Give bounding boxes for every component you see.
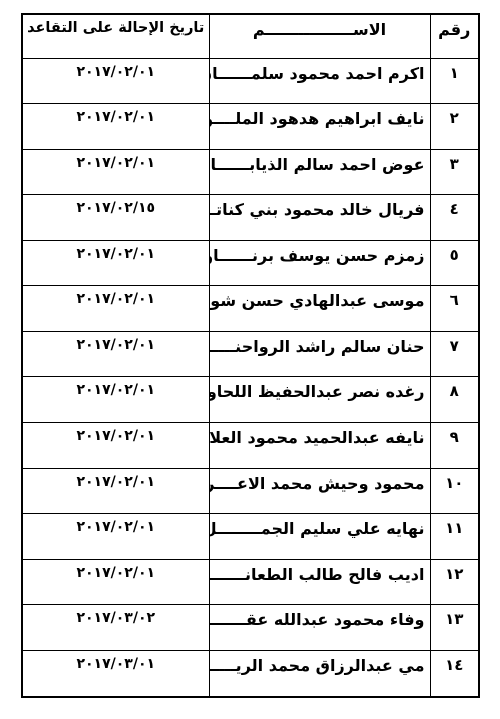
table-header: رقم الاســــــــــــــــم تاريخ الإحالة … bbox=[22, 14, 479, 58]
table-row: ٤ فريال خالد محمود بني كناتــــــه ٢٠١٧/… bbox=[22, 195, 479, 241]
row-number-cell: ٤ bbox=[430, 195, 479, 241]
row-number-cell: ١ bbox=[430, 58, 479, 104]
name-cell: موسى عبدالهادي حسن شومـان bbox=[209, 286, 430, 332]
table-row: ٣ عوض احمد سالم الذيابــــــات ٢٠١٧/٠٢/٠… bbox=[22, 149, 479, 195]
table-body: ١ اكرم احمد محمود سلمــــــان ٢٠١٧/٠٢/٠١… bbox=[22, 58, 479, 697]
document-page: رقم الاســــــــــــــــم تاريخ الإحالة … bbox=[0, 0, 500, 719]
table-row: ٢ نايف ابراهيم هدهود الملــــوح ٢٠١٧/٠٢/… bbox=[22, 104, 479, 150]
name-cell: وفاء محمود عبدالله عقــــــــل bbox=[209, 605, 430, 651]
name-cell: نهايه علي سليم الجمــــــــل bbox=[209, 514, 430, 560]
table-row: ٧ حنان سالم راشد الرواحنــــــه ٢٠١٧/٠٢/… bbox=[22, 331, 479, 377]
name-cell: اديب فالح طالب الطعانــــــــي bbox=[209, 559, 430, 605]
date-cell: ٢٠١٧/٠٢/٠١ bbox=[22, 286, 209, 332]
table-row: ٩ نايفه عبدالحميد محمود العلاوين ٢٠١٧/٠٢… bbox=[22, 423, 479, 469]
date-cell: ٢٠١٧/٠٢/٠١ bbox=[22, 468, 209, 514]
name-cell: زمزم حسن يوسف برنــــــاوي bbox=[209, 240, 430, 286]
row-number-cell: ١٤ bbox=[430, 650, 479, 697]
date-cell: ٢٠١٧/٠٢/٠١ bbox=[22, 240, 209, 286]
date-cell: ٢٠١٧/٠٢/٠١ bbox=[22, 58, 209, 104]
date-cell: ٢٠١٧/٠٢/١٥ bbox=[22, 195, 209, 241]
name-cell: مي عبدالرزاق محمد الريــــــان bbox=[209, 650, 430, 697]
row-number-cell: ٥ bbox=[430, 240, 479, 286]
row-number-cell: ٩ bbox=[430, 423, 479, 469]
row-number-cell: ١١ bbox=[430, 514, 479, 560]
name-cell: نايفه عبدالحميد محمود العلاوين bbox=[209, 423, 430, 469]
name-cell: عوض احمد سالم الذيابــــــات bbox=[209, 149, 430, 195]
date-cell: ٢٠١٧/٠٢/٠١ bbox=[22, 377, 209, 423]
table-row: ٦ موسى عبدالهادي حسن شومـان ٢٠١٧/٠٢/٠١ bbox=[22, 286, 479, 332]
table-row: ١٤ مي عبدالرزاق محمد الريــــــان ٢٠١٧/٠… bbox=[22, 650, 479, 697]
name-cell: نايف ابراهيم هدهود الملــــوح bbox=[209, 104, 430, 150]
header-number: رقم bbox=[430, 14, 479, 58]
header-name: الاســــــــــــــــم bbox=[209, 14, 430, 58]
row-number-cell: ٧ bbox=[430, 331, 479, 377]
row-number-cell: ٨ bbox=[430, 377, 479, 423]
row-number-cell: ١٠ bbox=[430, 468, 479, 514]
row-number-cell: ٣ bbox=[430, 149, 479, 195]
name-cell: حنان سالم راشد الرواحنــــــه bbox=[209, 331, 430, 377]
row-number-cell: ٢ bbox=[430, 104, 479, 150]
date-cell: ٢٠١٧/٠٣/٠١ bbox=[22, 650, 209, 697]
table-row: ١٣ وفاء محمود عبدالله عقــــــــل ٢٠١٧/٠… bbox=[22, 605, 479, 651]
header-date: تاريخ الإحالة على التقاعد bbox=[22, 14, 209, 58]
row-number-cell: ٦ bbox=[430, 286, 479, 332]
name-cell: اكرم احمد محمود سلمــــــان bbox=[209, 58, 430, 104]
name-cell: محمود وحيش محمد الاعــــرج bbox=[209, 468, 430, 514]
table-row: ١٠ محمود وحيش محمد الاعــــرج ٢٠١٧/٠٢/٠١ bbox=[22, 468, 479, 514]
row-number-cell: ١٣ bbox=[430, 605, 479, 651]
retirement-table: رقم الاســــــــــــــــم تاريخ الإحالة … bbox=[21, 13, 480, 698]
date-cell: ٢٠١٧/٠٢/٠١ bbox=[22, 149, 209, 195]
row-number-cell: ١٢ bbox=[430, 559, 479, 605]
date-cell: ٢٠١٧/٠٢/٠١ bbox=[22, 559, 209, 605]
name-cell: فريال خالد محمود بني كناتــــــه bbox=[209, 195, 430, 241]
date-cell: ٢٠١٧/٠٣/٠٢ bbox=[22, 605, 209, 651]
table-row: ٨ رغده نصر عبدالحفيظ اللحاويــه ٢٠١٧/٠٢/… bbox=[22, 377, 479, 423]
name-cell: رغده نصر عبدالحفيظ اللحاويــه bbox=[209, 377, 430, 423]
header-row: رقم الاســــــــــــــــم تاريخ الإحالة … bbox=[22, 14, 479, 58]
date-cell: ٢٠١٧/٠٢/٠١ bbox=[22, 331, 209, 377]
date-cell: ٢٠١٧/٠٢/٠١ bbox=[22, 104, 209, 150]
table-row: ١٢ اديب فالح طالب الطعانــــــــي ٢٠١٧/٠… bbox=[22, 559, 479, 605]
date-cell: ٢٠١٧/٠٢/٠١ bbox=[22, 423, 209, 469]
table-row: ١ اكرم احمد محمود سلمــــــان ٢٠١٧/٠٢/٠١ bbox=[22, 58, 479, 104]
table-row: ٥ زمزم حسن يوسف برنــــــاوي ٢٠١٧/٠٢/٠١ bbox=[22, 240, 479, 286]
table-row: ١١ نهايه علي سليم الجمــــــــل ٢٠١٧/٠٢/… bbox=[22, 514, 479, 560]
date-cell: ٢٠١٧/٠٢/٠١ bbox=[22, 514, 209, 560]
